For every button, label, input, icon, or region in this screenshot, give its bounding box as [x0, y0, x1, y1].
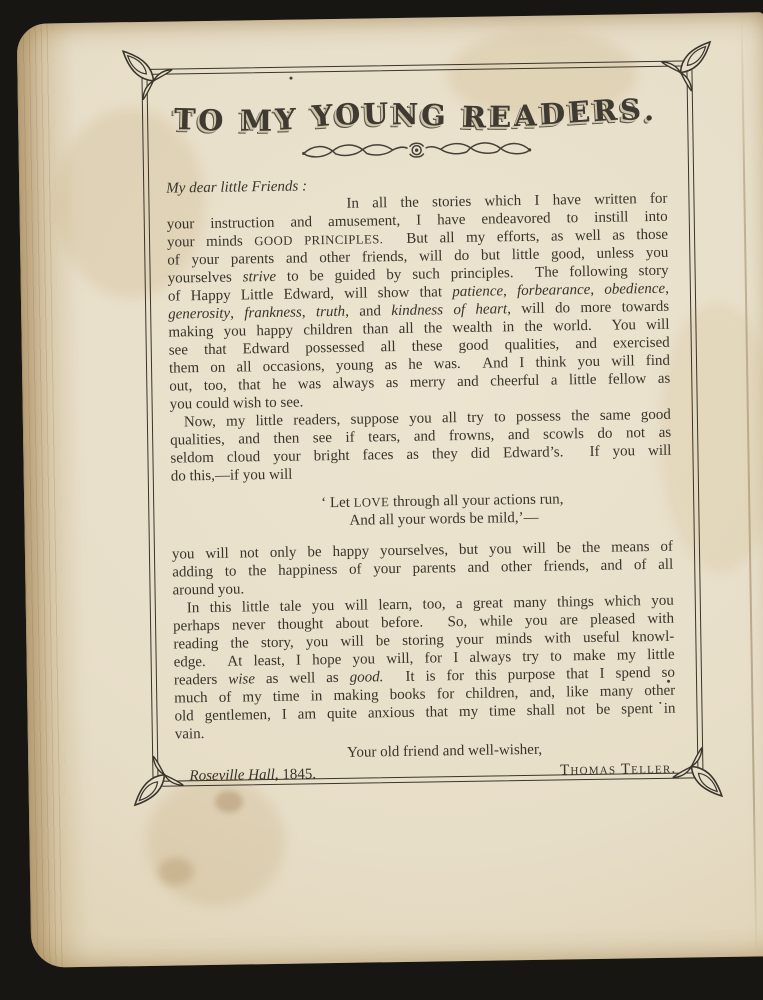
decorative-border-frame: TO MY YOUNG READERS. — [141, 60, 703, 787]
paragraph-4: In this little tale you will learn, too,… — [173, 592, 676, 744]
poem: ‘ Let LOVE through all your actions run,… — [171, 489, 673, 533]
paragraph-1: In all the stories which I have written … — [166, 190, 670, 414]
book-page: TO MY YOUNG READERS. — [17, 12, 763, 968]
scrollwork-divider-icon — [297, 136, 535, 166]
paper-stain — [158, 857, 194, 886]
page-stack-edge — [17, 23, 90, 968]
preface-body: My dear little Friends :In all the stori… — [166, 172, 676, 786]
preface-content: TO MY YOUNG READERS. — [142, 61, 702, 786]
paragraph-3: you will not only be happy yourselves, b… — [172, 538, 674, 600]
page-crease — [741, 13, 758, 957]
paragraph-2: Now, my little readers, suppose you all … — [170, 406, 672, 486]
scan-background: TO MY YOUNG READERS. — [0, 0, 763, 1000]
paper-stain — [215, 790, 243, 812]
signature-row: Roseville Hall, 1845.Thomas Teller. — [175, 760, 676, 786]
page-title: TO MY YOUNG READERS. — [165, 92, 667, 140]
